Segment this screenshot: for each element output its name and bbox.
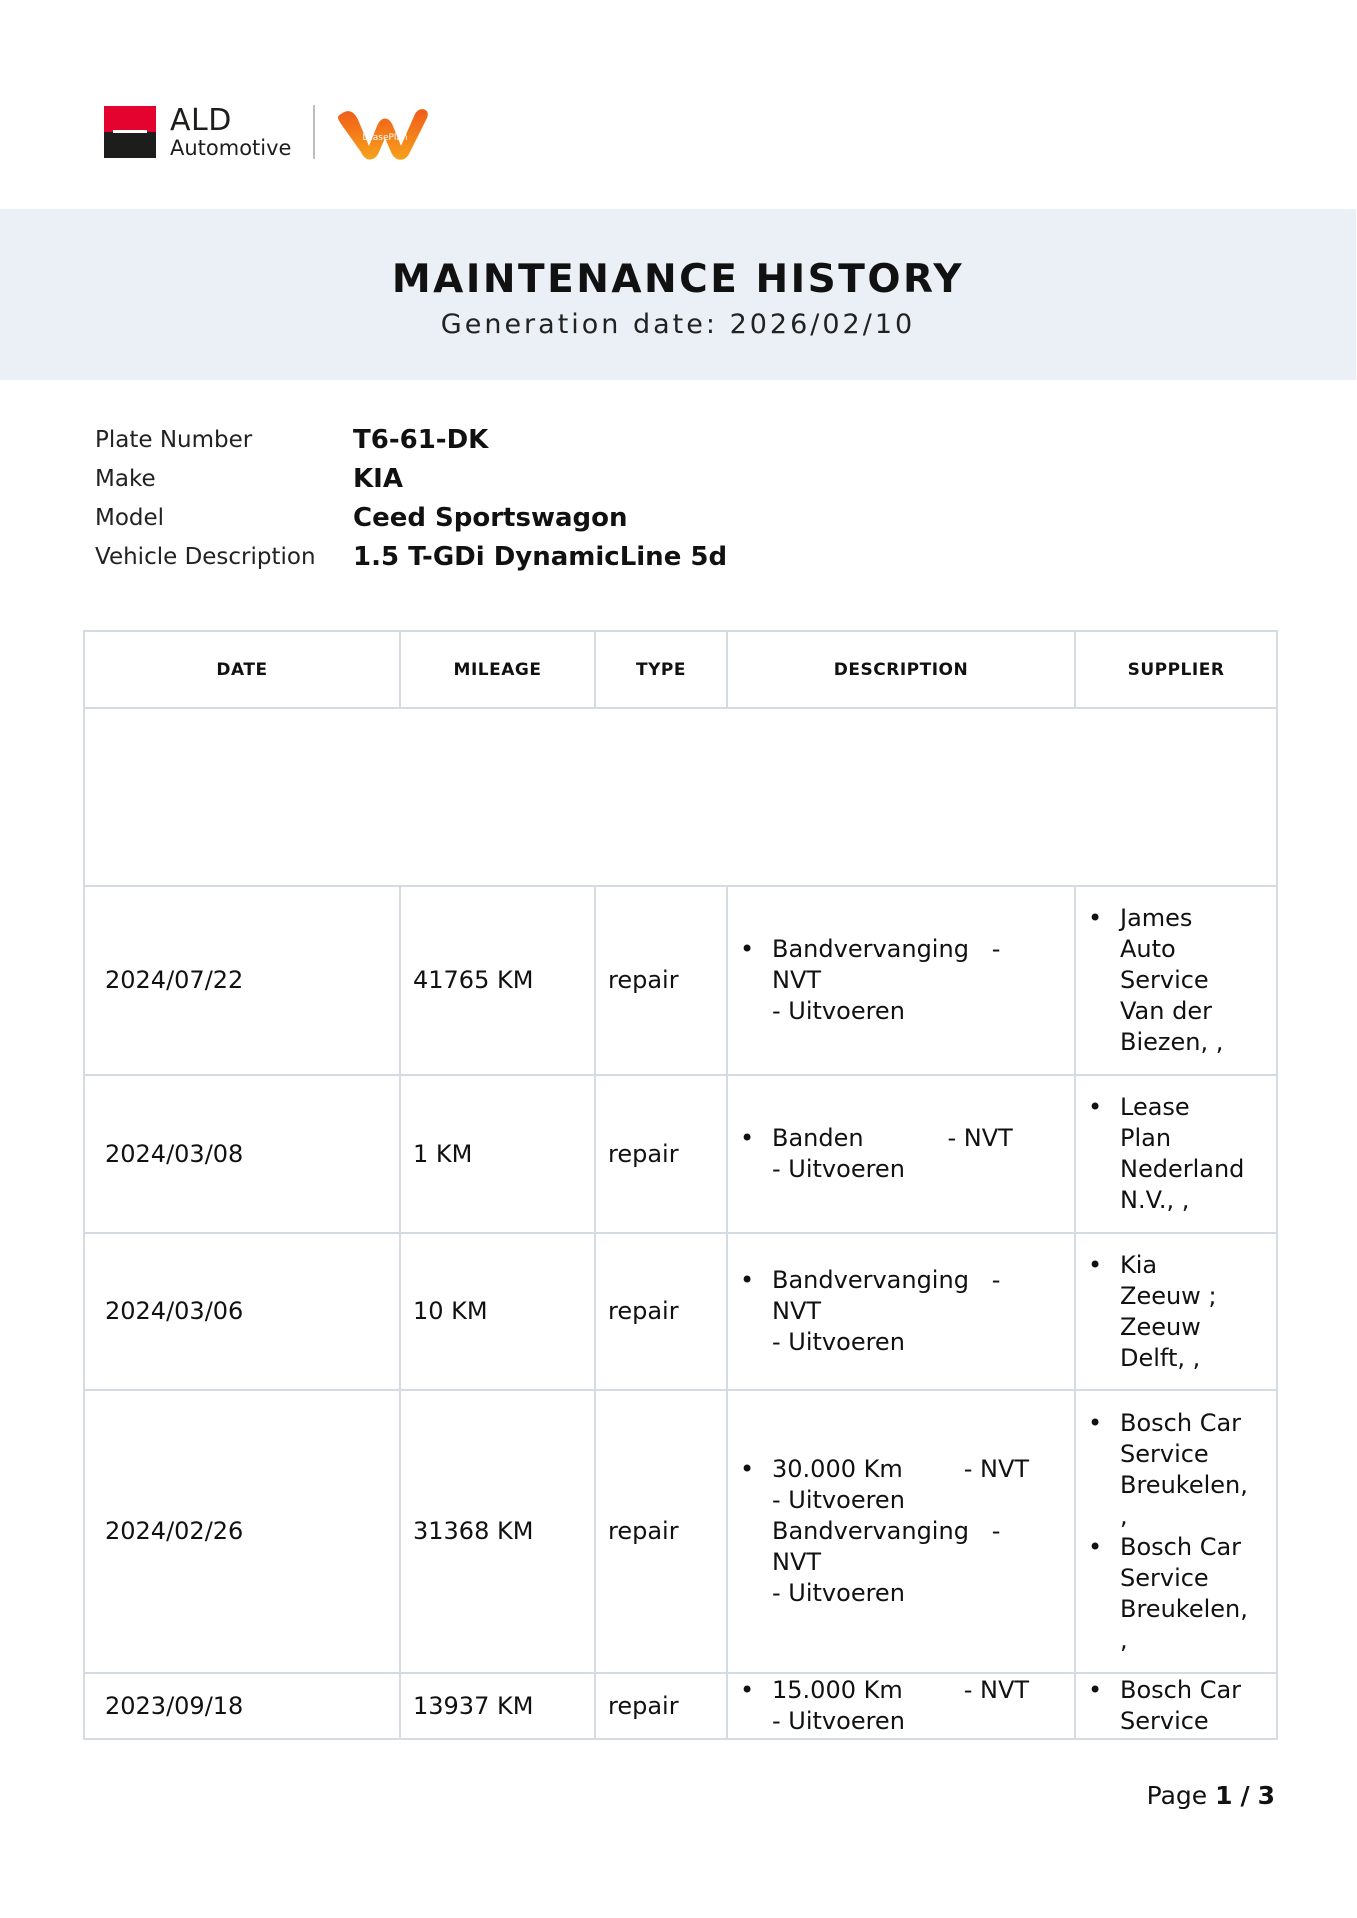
supplier-text: Bosch Car Service (1120, 1675, 1272, 1737)
table-row: 2024/07/2241765 KMrepairBandvervanging -… (84, 886, 1277, 1075)
cell-mileage: 41765 KM (400, 886, 595, 1075)
supplier-item: Bosch Car Service (1076, 1675, 1276, 1737)
cell-description: 15.000 Km - NVT - Uitvoeren (727, 1673, 1075, 1739)
table-row: 2023/09/1813937 KMrepair15.000 Km - NVT … (84, 1673, 1277, 1739)
cell-type: repair (595, 1673, 727, 1739)
table-spacer-row (84, 708, 1277, 886)
vehicle-field-model: Model Ceed Sportswagon (95, 498, 727, 537)
cell-type: repair (595, 886, 727, 1075)
column-header-date: DATE (84, 631, 400, 708)
supplier-item: Kia Zeeuw ; Zeeuw Delft, , (1076, 1250, 1276, 1374)
description-text: Banden - NVT - Uitvoeren (772, 1123, 1074, 1185)
field-value: 1.5 T-GDi DynamicLine 5d (353, 542, 727, 572)
description-item: Banden - NVT - Uitvoeren (728, 1123, 1074, 1185)
ald-logo-line1: ALD (170, 106, 291, 136)
supplier-text: James Auto Service Van der Biezen, , (1120, 903, 1272, 1058)
description-text: Bandvervanging - NVT - Uitvoeren (772, 1265, 1074, 1358)
supplier-text: Bosch Car Service Breukelen, , (1120, 1532, 1272, 1656)
table-row: 2024/03/0610 KMrepairBandvervanging - NV… (84, 1233, 1277, 1390)
cell-mileage: 13937 KM (400, 1673, 595, 1739)
description-text: 30.000 Km - NVT - Uitvoeren Bandvervangi… (772, 1454, 1074, 1609)
page-total: 3 (1258, 1781, 1275, 1810)
cell-date: 2024/02/26 (84, 1390, 400, 1673)
page-current: 1 (1215, 1781, 1232, 1810)
page-label: Page (1147, 1781, 1208, 1810)
cell-date: 2024/07/22 (84, 886, 400, 1075)
table-row: 2024/03/081 KMrepairBanden - NVT - Uitvo… (84, 1075, 1277, 1233)
cell-supplier: Bosch Car Service (1075, 1673, 1277, 1739)
supplier-item: Bosch Car Service Breukelen, , (1076, 1532, 1276, 1656)
field-label: Make (95, 466, 353, 492)
cell-description: Banden - NVT - Uitvoeren (727, 1075, 1075, 1233)
supplier-item: Lease Plan Nederland N.V., , (1076, 1092, 1276, 1216)
field-label: Model (95, 505, 353, 531)
cell-type: repair (595, 1075, 727, 1233)
cell-date: 2024/03/06 (84, 1233, 400, 1390)
generation-date: Generation date: 2026/02/10 (0, 309, 1356, 340)
description-item: 15.000 Km - NVT - Uitvoeren (728, 1675, 1074, 1737)
column-header-type: TYPE (595, 631, 727, 708)
field-value: T6-61-DK (353, 425, 488, 455)
column-header-mileage: MILEAGE (400, 631, 595, 708)
title-band: MAINTENANCE HISTORY Generation date: 202… (0, 209, 1356, 380)
field-label: Vehicle Description (95, 544, 353, 570)
cell-description: Bandvervanging - NVT - Uitvoeren (727, 886, 1075, 1075)
column-header-supplier: SUPPLIER (1075, 631, 1277, 708)
description-list: 30.000 Km - NVT - Uitvoeren Bandvervangi… (728, 1454, 1074, 1609)
vehicle-field-plate: Plate Number T6-61-DK (95, 420, 727, 459)
page-title: MAINTENANCE HISTORY (0, 257, 1356, 302)
cell-supplier: Bosch Car Service Breukelen, ,Bosch Car … (1075, 1390, 1277, 1673)
cell-type: repair (595, 1390, 727, 1673)
cell-supplier: James Auto Service Van der Biezen, , (1075, 886, 1277, 1075)
cell-mileage: 31368 KM (400, 1390, 595, 1673)
cell-supplier: Lease Plan Nederland N.V., , (1075, 1075, 1277, 1233)
supplier-item: James Auto Service Van der Biezen, , (1076, 903, 1276, 1058)
vehicle-field-description: Vehicle Description 1.5 T-GDi DynamicLin… (95, 537, 727, 576)
logo-divider (313, 105, 315, 159)
cell-type: repair (595, 1233, 727, 1390)
field-value: KIA (353, 464, 403, 494)
page-indicator: Page 1 / 3 (1147, 1781, 1275, 1810)
column-header-description: DESCRIPTION (727, 631, 1075, 708)
supplier-item: Bosch Car Service Breukelen, , (1076, 1408, 1276, 1532)
table-row: 2024/02/2631368 KMrepair30.000 Km - NVT … (84, 1390, 1277, 1673)
description-text: Bandvervanging - NVT - Uitvoeren (772, 934, 1074, 1027)
supplier-text: Bosch Car Service Breukelen, , (1120, 1408, 1272, 1532)
supplier-list: Lease Plan Nederland N.V., , (1076, 1092, 1276, 1216)
ald-logo-line2: Automotive (170, 138, 291, 159)
cell-date: 2023/09/18 (84, 1673, 400, 1739)
table-header-row: DATE MILEAGE TYPE DESCRIPTION SUPPLIER (84, 631, 1277, 708)
field-label: Plate Number (95, 427, 353, 453)
description-list: 15.000 Km - NVT - Uitvoeren (728, 1675, 1074, 1737)
leaseplan-logo-text: LeasePlan (363, 133, 408, 143)
page-separator: / (1241, 1781, 1250, 1810)
description-item: Bandvervanging - NVT - Uitvoeren (728, 1265, 1074, 1358)
cell-mileage: 1 KM (400, 1075, 595, 1233)
ald-logo-text: ALD Automotive (170, 106, 291, 159)
supplier-list: Bosch Car Service (1076, 1675, 1276, 1737)
description-text: 15.000 Km - NVT - Uitvoeren (772, 1675, 1074, 1737)
maintenance-table: DATE MILEAGE TYPE DESCRIPTION SUPPLIER 2… (83, 630, 1278, 1740)
supplier-list: Kia Zeeuw ; Zeeuw Delft, , (1076, 1250, 1276, 1374)
cell-description: Bandvervanging - NVT - Uitvoeren (727, 1233, 1075, 1390)
description-list: Bandvervanging - NVT - Uitvoeren (728, 934, 1074, 1027)
supplier-list: Bosch Car Service Breukelen, ,Bosch Car … (1076, 1408, 1276, 1656)
description-item: Bandvervanging - NVT - Uitvoeren (728, 934, 1074, 1027)
supplier-list: James Auto Service Van der Biezen, , (1076, 903, 1276, 1058)
leaseplan-logo-icon: LeasePlan (335, 102, 435, 162)
supplier-text: Lease Plan Nederland N.V., , (1120, 1092, 1272, 1216)
description-list: Banden - NVT - Uitvoeren (728, 1123, 1074, 1185)
field-value: Ceed Sportswagon (353, 503, 628, 533)
vehicle-field-make: Make KIA (95, 459, 727, 498)
ald-logo-icon (104, 106, 156, 158)
supplier-text: Kia Zeeuw ; Zeeuw Delft, , (1120, 1250, 1272, 1374)
logo-row: ALD Automotive LeasePlan (104, 104, 435, 160)
description-item: 30.000 Km - NVT - Uitvoeren Bandvervangi… (728, 1454, 1074, 1609)
vehicle-info: Plate Number T6-61-DK Make KIA Model Cee… (95, 420, 727, 576)
cell-date: 2024/03/08 (84, 1075, 400, 1233)
cell-supplier: Kia Zeeuw ; Zeeuw Delft, , (1075, 1233, 1277, 1390)
description-list: Bandvervanging - NVT - Uitvoeren (728, 1265, 1074, 1358)
cell-mileage: 10 KM (400, 1233, 595, 1390)
cell-description: 30.000 Km - NVT - Uitvoeren Bandvervangi… (727, 1390, 1075, 1673)
